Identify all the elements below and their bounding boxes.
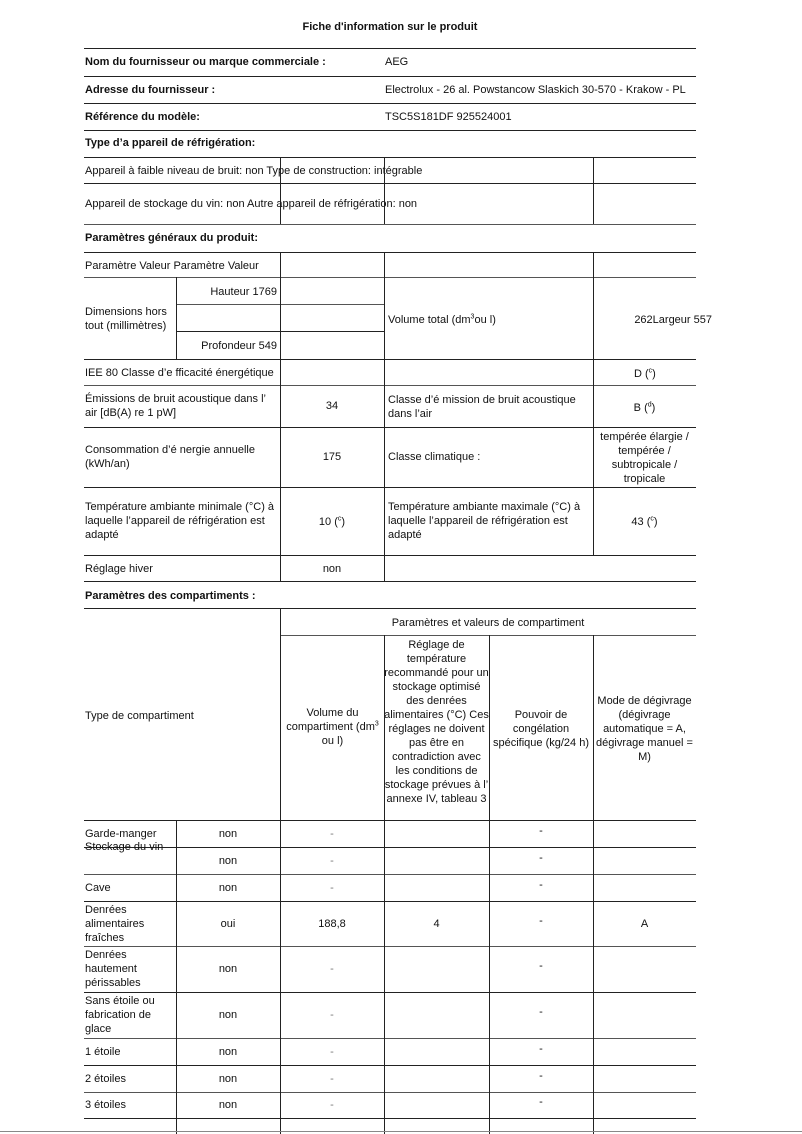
general-parameters-heading: Paramètres généraux du produit: — [85, 231, 258, 245]
noise-class-value: B (d) — [593, 401, 696, 415]
document-title: Fiche d'information sur le produit — [0, 21, 780, 33]
compartment-present-cell: oui — [176, 917, 280, 931]
compartment-volume-cell: 188,8 — [280, 917, 384, 931]
compartment-volume-cell: - — [280, 1098, 384, 1112]
rule — [84, 427, 696, 428]
compartment-freeze-cell: - — [489, 1069, 593, 1083]
compartment-volume-cell: - — [280, 881, 384, 895]
compartment-type-name: Sans étoile ou fabrication de glace — [85, 994, 175, 1036]
compartment-volume-header: Volume du compartiment (dm3 ou l) — [281, 706, 384, 748]
compartment-volume-cell: - — [280, 962, 384, 976]
noise-emission-label: Émissions de bruit acoustique dans l’ ai… — [85, 392, 277, 420]
compartment-volume-cell: - — [280, 854, 384, 868]
supplier-name-value: AEG — [385, 55, 408, 69]
compartment-type-name: 3 étoiles — [85, 1098, 175, 1112]
page-edge — [0, 1131, 802, 1132]
compartment-freeze-cell: - — [489, 878, 593, 892]
climate-class-value: tempérée élargie / tempérée / subtropica… — [593, 430, 696, 486]
compartment-group-header: Paramètres et valeurs de compartiment — [280, 616, 696, 630]
compartment-type-header: Type de compartiment — [85, 709, 194, 723]
recommended-temp-header: Réglage de température recommandé pour u… — [384, 638, 489, 806]
rule — [84, 48, 696, 49]
rule — [84, 581, 696, 582]
compartment-freeze-cell: - — [489, 1095, 593, 1109]
compartment-type-name: 2 étoiles — [85, 1072, 175, 1086]
compartment-freeze-cell: - — [489, 1042, 593, 1056]
max-ambient-temp-value: 43 (c) — [593, 515, 696, 529]
supplier-address-label: Adresse du fournisseur : — [85, 83, 215, 97]
compartment-type-name: 1 étoile — [85, 1045, 175, 1059]
rule — [489, 635, 490, 1134]
rule — [84, 359, 696, 360]
rule — [593, 252, 594, 555]
rule — [280, 608, 281, 1134]
rule — [384, 252, 385, 581]
compartment-volume-cell: - — [280, 1008, 384, 1022]
compartment-freeze-cell: - — [489, 824, 593, 838]
compartment-present-cell: non — [176, 827, 280, 841]
compartment-type-name: Garde-manger — [85, 827, 175, 841]
rule — [84, 252, 696, 253]
rule — [280, 157, 281, 224]
compartment-present-cell: non — [176, 1072, 280, 1086]
height-value: Hauteur 1769 — [178, 285, 277, 299]
compartment-volume-cell: - — [280, 827, 384, 841]
rule — [593, 635, 594, 1134]
compartment-present-cell: non — [176, 881, 280, 895]
rule — [84, 157, 696, 158]
compartment-type-name: Stockage du vin — [85, 840, 175, 854]
compartment-freeze-cell: - — [489, 851, 593, 865]
rule — [84, 76, 696, 77]
rule — [84, 103, 696, 104]
rule — [280, 252, 281, 581]
annual-energy-label: Consommation d’é nergie annuelle (kWh/an… — [85, 443, 277, 471]
compartment-volume-cell: - — [280, 1072, 384, 1086]
energy-efficiency-class: D (c) — [634, 367, 656, 381]
compartment-freeze-cell: - — [489, 914, 593, 928]
total-volume-label: Volume total (dm3ou l) — [388, 313, 496, 327]
total-volume-value: 262Largeur 557 — [596, 313, 712, 327]
compartment-volume-cell: - — [280, 1045, 384, 1059]
appliance-type-row-1: Appareil à faible niveau de bruit: non T… — [85, 164, 422, 178]
compartment-type-name: Cave — [85, 881, 175, 895]
noise-emission-value: 34 — [280, 399, 384, 413]
appliance-type-heading: Type d’a ppareil de réfrigération: — [85, 136, 255, 150]
compartment-type-name: Denrées alimentaires fraîches — [85, 903, 175, 945]
compartment-type-name: Denrées hautement périssables — [85, 948, 175, 990]
compartment-defrost-cell: A — [593, 917, 696, 931]
rule — [84, 487, 696, 488]
supplier-name-label: Nom du fournisseur ou marque commerciale… — [85, 55, 326, 69]
noise-class-label: Classe d’é mission de bruit acoustique d… — [388, 393, 590, 421]
min-ambient-temp-value: 10 (c) — [280, 515, 384, 529]
rule — [176, 277, 177, 359]
compartment-parameters-heading: Paramètres des compartiments : — [85, 589, 256, 603]
rule — [84, 183, 696, 184]
climate-class-label: Classe climatique : — [388, 450, 480, 464]
winter-setting-value: non — [280, 562, 384, 576]
compartment-present-cell: non — [176, 1098, 280, 1112]
model-reference-label: Référence du modèle: — [85, 110, 200, 124]
rule — [384, 157, 385, 224]
dimensions-label: Dimensions hors tout (millimètres) — [85, 305, 175, 333]
rule — [84, 608, 696, 609]
rule — [280, 635, 696, 636]
compartment-present-cell: non — [176, 854, 280, 868]
compartment-present-cell: non — [176, 962, 280, 976]
annual-energy-value: 175 — [280, 450, 384, 464]
appliance-type-row-2: Appareil de stockage du vin: non Autre a… — [85, 197, 417, 211]
depth-value: Profondeur 549 — [178, 339, 277, 353]
supplier-address-value: Electrolux - 26 al. Powstancow Slaskich … — [385, 83, 686, 97]
min-ambient-temp-label: Température ambiante minimale (°C) à laq… — [85, 500, 279, 542]
compartment-present-cell: non — [176, 1045, 280, 1059]
energy-efficiency-label: IEE 80 Classe d’e fficacité énergétique — [85, 366, 274, 380]
compartment-temp-cell: 4 — [384, 917, 489, 931]
product-information-sheet: Fiche d'information sur le produit Nom d… — [0, 0, 802, 1134]
max-ambient-temp-label: Température ambiante maximale (°C) à laq… — [388, 500, 590, 542]
freezing-capacity-header: Pouvoir de congélation spécifique (kg/24… — [489, 708, 593, 750]
rule — [84, 385, 696, 386]
rule — [176, 820, 177, 1134]
rule — [84, 555, 696, 556]
rule — [593, 157, 594, 224]
rule — [84, 130, 696, 131]
general-header-row: Paramètre Valeur Paramètre Valeur — [85, 259, 259, 273]
compartment-present-cell: non — [176, 1008, 280, 1022]
compartment-freeze-cell: - — [489, 959, 593, 973]
winter-setting-label: Réglage hiver — [85, 562, 153, 576]
model-reference-value: TSC5S181DF 925524001 — [385, 110, 512, 124]
rule — [84, 224, 696, 225]
defrost-mode-header: Mode de dégivrage (dégivrage automatique… — [593, 694, 696, 764]
compartment-freeze-cell: - — [489, 1005, 593, 1019]
rule — [384, 635, 385, 1134]
